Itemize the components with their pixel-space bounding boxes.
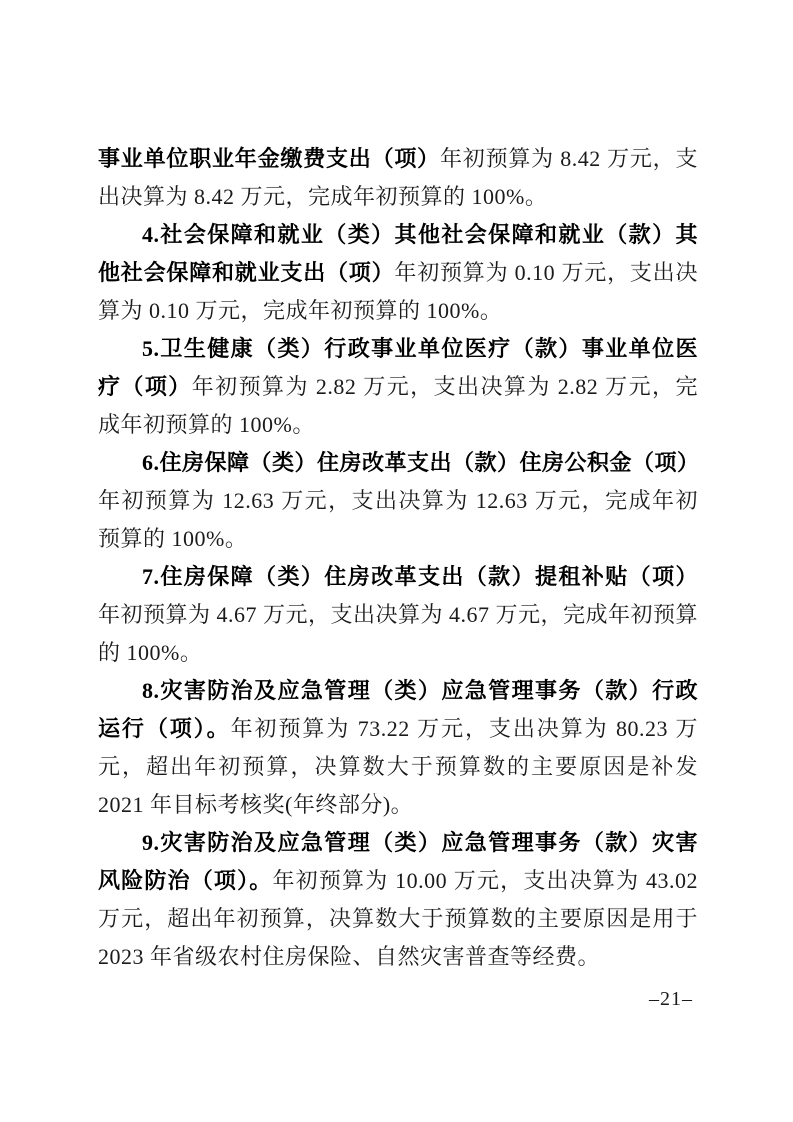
paragraph-item-9-disaster-risk: 9.灾害防治及应急管理（类）应急管理事务（款）灾害风险防治（项）。年初预算为 1…	[98, 824, 698, 976]
paragraph-item-7-rent-subsidy: 7.住房保障（类）住房改革支出（款）提租补贴（项）年初预算为 4.67 万元，支…	[98, 558, 698, 672]
para-heading: 7.住房保障（类）住房改革支出（款）提租补贴（项）	[142, 564, 698, 589]
paragraph-item-6-housing-fund: 6.住房保障（类）住房改革支出（款）住房公积金（项）年初预算为 12.63 万元…	[98, 444, 698, 558]
page-number: –21–	[649, 988, 693, 1011]
paragraph-item-5-health: 5.卫生健康（类）行政事业单位医疗（款）事业单位医疗（项）年初预算为 2.82 …	[98, 330, 698, 444]
paragraph-item-8-admin-operation: 8.灾害防治及应急管理（类）应急管理事务（款）行政运行（项）。年初预算为 73.…	[98, 672, 698, 824]
budget-report-body: 事业单位职业年金缴费支出（项）年初预算为 8.42 万元，支出决算为 8.42 …	[98, 140, 698, 976]
para-heading: 6.住房保障（类）住房改革支出（款）住房公积金（项）	[142, 450, 700, 475]
para-heading: 事业单位职业年金缴费支出（项）	[98, 146, 440, 171]
paragraph-continuation-pension-expense: 事业单位职业年金缴费支出（项）年初预算为 8.42 万元，支出决算为 8.42 …	[98, 140, 698, 216]
para-text: 年初预算为 4.67 万元，支出决算为 4.67 万元，完成年初预算的 100%…	[98, 602, 698, 665]
paragraph-item-4-social-security: 4.社会保障和就业（类）其他社会保障和就业（款）其他社会保障和就业支出（项）年初…	[98, 216, 698, 330]
para-text: 年初预算为 12.63 万元，支出决算为 12.63 万元，完成年初预算的 10…	[98, 488, 698, 551]
document-page: 事业单位职业年金缴费支出（项）年初预算为 8.42 万元，支出决算为 8.42 …	[0, 0, 793, 1122]
